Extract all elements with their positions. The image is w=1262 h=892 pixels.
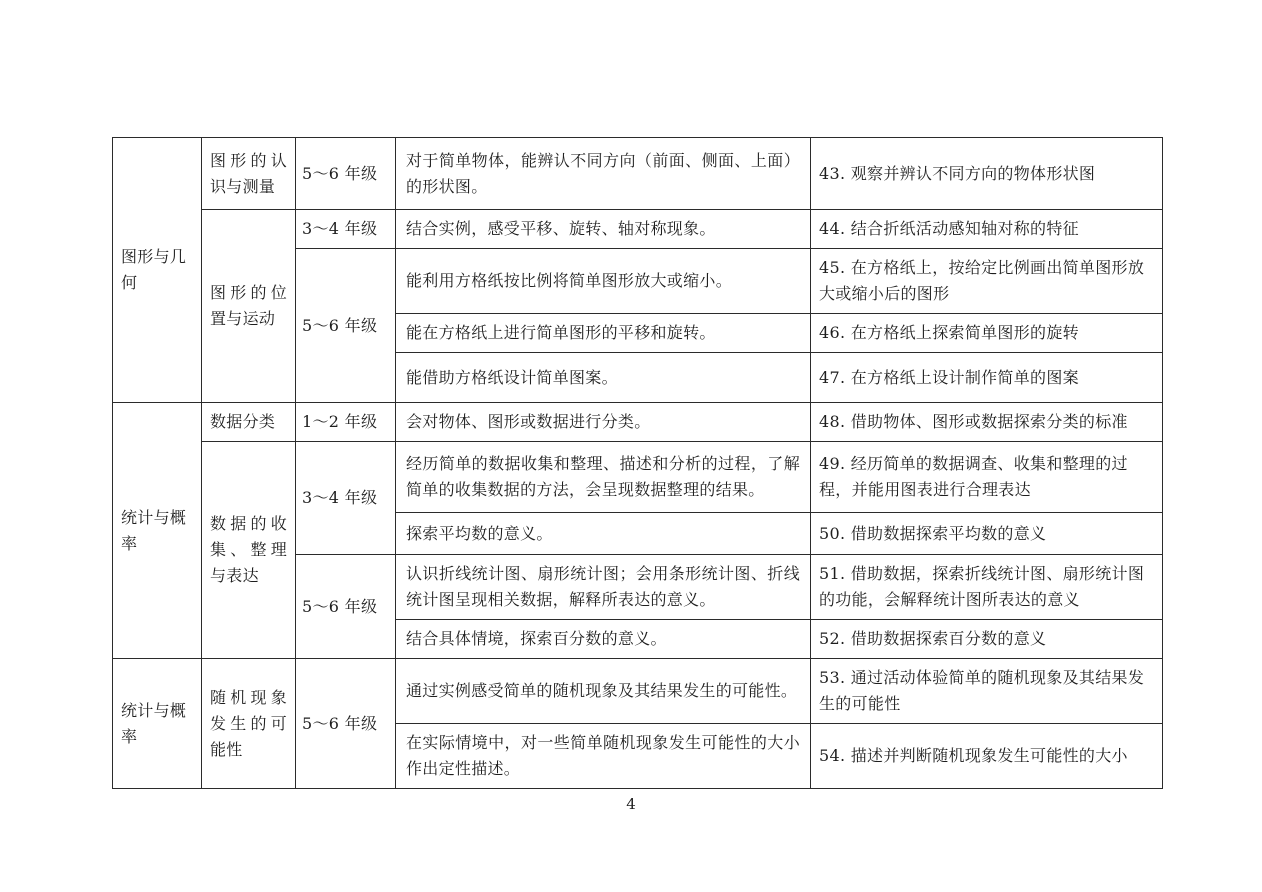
content-cell: 认识折线统计图、扇形统计图；会用条形统计图、折线统计图呈现相关数据，解释所表达的…	[396, 555, 811, 620]
content-cell: 结合具体情境，探索百分数的意义。	[396, 620, 811, 659]
content-cell: 探索平均数的意义。	[396, 513, 811, 555]
grade-cell: 5～6 年级	[296, 249, 396, 403]
document-page: 图形与几何 图形的认识与测量 5～6 年级 对于简单物体，能辨认不同方向（前面、…	[0, 0, 1262, 892]
example-cell: 43. 观察并辨认不同方向的物体形状图	[811, 138, 1163, 210]
category-cell: 图形与几何	[113, 138, 202, 403]
grade-cell: 1～2 年级	[296, 403, 396, 442]
example-cell: 50. 借助数据探索平均数的意义	[811, 513, 1163, 555]
topic-cell: 图形的位置与运动	[202, 210, 296, 403]
topic-cell: 数据分类	[202, 403, 296, 442]
example-cell: 44. 结合折纸活动感知轴对称的特征	[811, 210, 1163, 249]
example-cell: 49. 经历简单的数据调查、收集和整理的过程，并能用图表进行合理表达	[811, 442, 1163, 513]
table-row: 统计与概率 数据分类 1～2 年级 会对物体、图形或数据进行分类。 48. 借助…	[113, 403, 1163, 442]
grade-cell: 5～6 年级	[296, 659, 396, 789]
topic-cell: 数据的收集、整理与表达	[202, 442, 296, 659]
example-cell: 48. 借助物体、图形或数据探索分类的标准	[811, 403, 1163, 442]
content-cell: 通过实例感受简单的随机现象及其结果发生的可能性。	[396, 659, 811, 724]
content-cell: 经历简单的数据收集和整理、描述和分析的过程，了解简单的收集数据的方法，会呈现数据…	[396, 442, 811, 513]
topic-cell: 随机现象发生的可能性	[202, 659, 296, 789]
category-cell: 统计与概率	[113, 659, 202, 789]
topic-cell: 图形的认识与测量	[202, 138, 296, 210]
content-cell: 能借助方格纸设计简单图案。	[396, 353, 811, 403]
grade-cell: 5～6 年级	[296, 555, 396, 659]
table-row: 图形与几何 图形的认识与测量 5～6 年级 对于简单物体，能辨认不同方向（前面、…	[113, 138, 1163, 210]
grade-cell: 3～4 年级	[296, 210, 396, 249]
example-cell: 46. 在方格纸上探索简单图形的旋转	[811, 314, 1163, 353]
content-cell: 能在方格纸上进行简单图形的平移和旋转。	[396, 314, 811, 353]
page-number: 4	[0, 795, 1262, 813]
example-cell: 54. 描述并判断随机现象发生可能性的大小	[811, 724, 1163, 789]
content-cell: 结合实例，感受平移、旋转、轴对称现象。	[396, 210, 811, 249]
table-row: 统计与概率 随机现象发生的可能性 5～6 年级 通过实例感受简单的随机现象及其结…	[113, 659, 1163, 724]
content-cell: 在实际情境中，对一些简单随机现象发生可能性的大小作出定性描述。	[396, 724, 811, 789]
table-row: 图形的位置与运动 3～4 年级 结合实例，感受平移、旋转、轴对称现象。 44. …	[113, 210, 1163, 249]
example-cell: 52. 借助数据探索百分数的意义	[811, 620, 1163, 659]
example-cell: 45. 在方格纸上，按给定比例画出简单图形放大或缩小后的图形	[811, 249, 1163, 314]
content-cell: 能利用方格纸按比例将简单图形放大或缩小。	[396, 249, 811, 314]
example-cell: 53. 通过活动体验简单的随机现象及其结果发生的可能性	[811, 659, 1163, 724]
content-cell: 会对物体、图形或数据进行分类。	[396, 403, 811, 442]
content-cell: 对于简单物体，能辨认不同方向（前面、侧面、上面）的形状图。	[396, 138, 811, 210]
table-row: 数据的收集、整理与表达 3～4 年级 经历简单的数据收集和整理、描述和分析的过程…	[113, 442, 1163, 513]
category-cell: 统计与概率	[113, 403, 202, 659]
example-cell: 51. 借助数据，探索折线统计图、扇形统计图的功能，会解释统计图所表达的意义	[811, 555, 1163, 620]
example-cell: 47. 在方格纸上设计制作简单的图案	[811, 353, 1163, 403]
grade-cell: 5～6 年级	[296, 138, 396, 210]
grade-cell: 3～4 年级	[296, 442, 396, 555]
curriculum-standards-table: 图形与几何 图形的认识与测量 5～6 年级 对于简单物体，能辨认不同方向（前面、…	[112, 137, 1163, 789]
